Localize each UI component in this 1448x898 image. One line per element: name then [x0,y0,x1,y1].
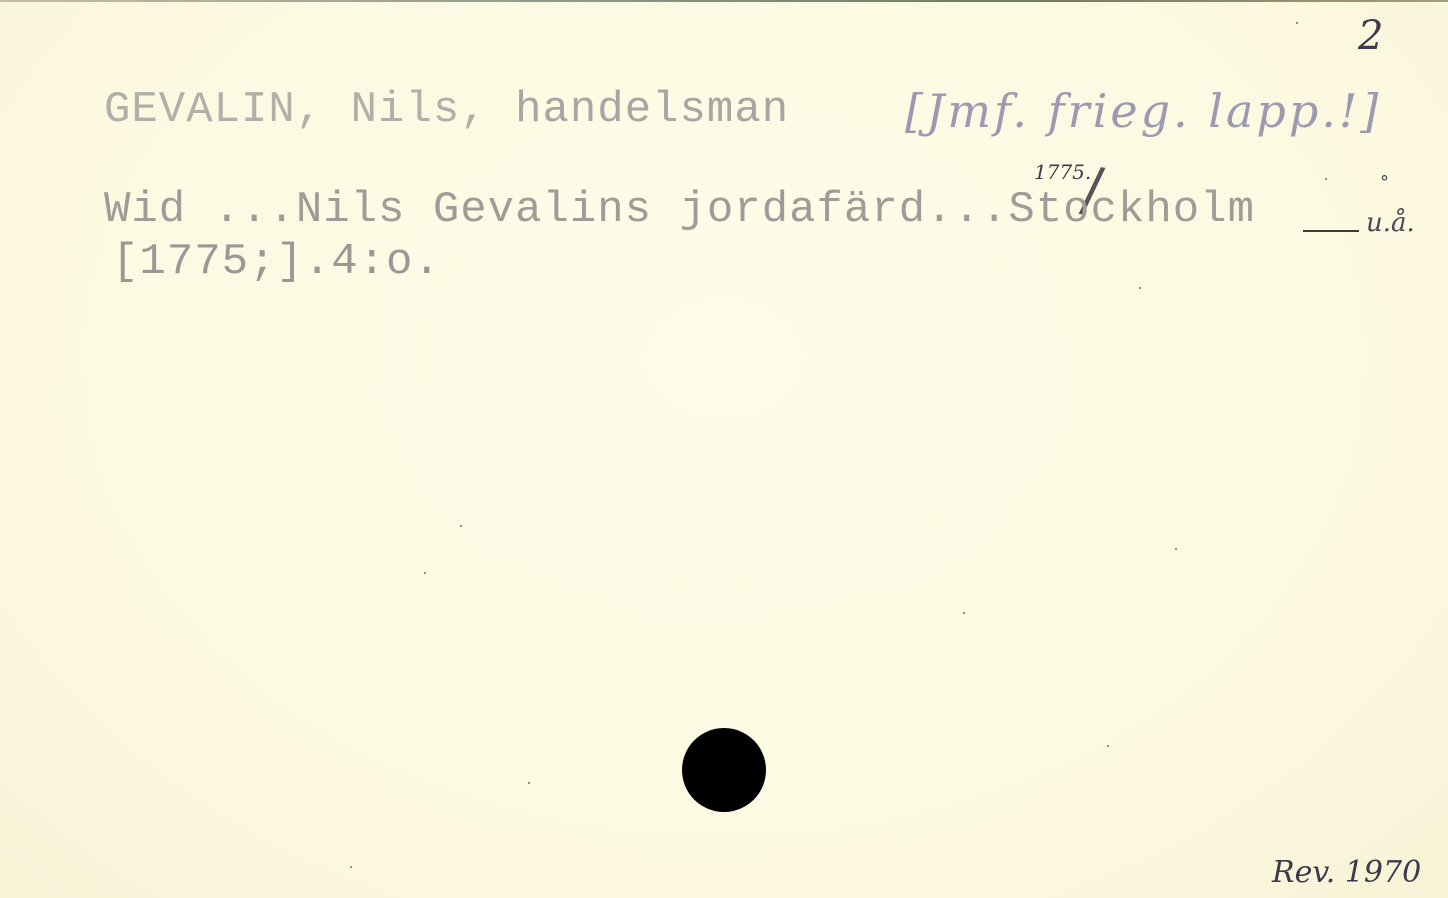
heading-surname: GEVALIN, [104,85,323,135]
speck [1296,22,1298,24]
underline-mark [1303,230,1359,232]
speck [424,572,426,574]
catalog-card: 2 GEVALIN, Nils, handelsman [Jmf. frieg.… [0,0,1448,898]
handwritten-ring-mark: ° [1380,174,1389,192]
handwritten-cross-reference: [Jmf. frieg. lapp.!] [905,88,1381,134]
page-number: 2 [1358,16,1383,56]
speck [963,612,965,614]
punch-hole [682,728,766,812]
imprint-line: [1775;].4:o. [112,240,441,284]
handwritten-place-addition: u.å. [1366,210,1415,236]
card-heading: GEVALIN, Nils, handelsman [104,88,789,132]
revision-note: Rev. 1970 [1272,858,1421,888]
card-top-edge [0,0,1448,2]
speck [1107,745,1109,747]
speck [350,866,352,868]
heading-given-name: Nils, [351,85,488,135]
speck [1139,287,1141,289]
speck [1175,548,1177,550]
speck [528,782,530,784]
heading-occupation: handelsman [515,85,789,135]
speck [1325,178,1327,180]
speck [460,525,462,527]
title-line: Wid ...Nils Gevalins jordafärd...Stockho… [104,188,1255,232]
